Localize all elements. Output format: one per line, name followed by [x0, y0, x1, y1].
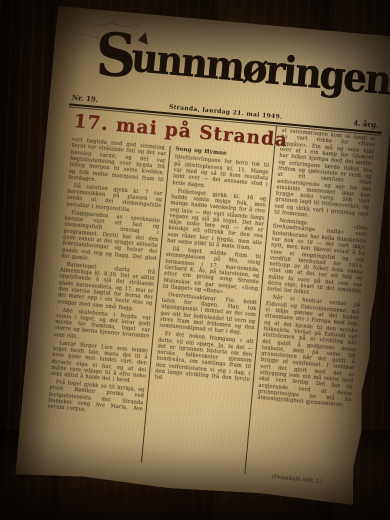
body-paragraph: Lærar Birger Lien som leidde toget heldt… [50, 340, 148, 386]
masthead-rest: unnmøringen [129, 33, 390, 104]
body-paragraph: Då toget nådde fram til stemneplassen på… [163, 246, 262, 299]
body-paragraph: Barnetoget starta frå Almenninga kl. 8.3… [57, 261, 156, 314]
body-paragraph: Folketoget gjekk kl. 16 og hadde samla m… [167, 188, 267, 253]
body-paragraph: Overrettssakførar Flo heldt talen for da… [159, 291, 257, 337]
continuation-note: (Framhald side 2.) [250, 472, 344, 486]
body-column-3: at sunnmøringen kom så langt at ho vart … [257, 128, 376, 412]
masthead-title: Sunnmøringen [94, 34, 359, 98]
photo-of-newspaper: Sunnmøringen Nr. 19. Stranda, laurdag 21… [0, 0, 390, 520]
issue-volume: 4. årg. [353, 118, 379, 129]
masthead-initial: S [96, 55, 134, 56]
newspaper-front-page: Sunnmøringen Nr. 19. Stranda, laurdag 21… [15, 6, 390, 505]
body-paragraph: vart høgtida med god stemning. Veret var… [68, 137, 167, 190]
body-paragraph: at sunnmøringen kom så langt at ho vart … [274, 128, 376, 225]
body-paragraph: Nemninga «Den firehundreårige natta» som… [267, 217, 367, 301]
body-paragraph: Når vi heidrar verket på Eidsvoll og Eid… [257, 294, 360, 409]
body-paragraph: Flaggparaden av spreknaste karane vart e… [61, 209, 160, 268]
body-paragraph: Frå toget gjekk so til kyrkja, og prost … [47, 379, 144, 419]
column2-paragraphs: Idrettstevlingane for born tok til på id… [154, 155, 269, 390]
body-paragraph: Er det nokon framgang i alt dette, vil e… [154, 331, 253, 390]
body-column-2: Song og Hymne Idrettstevlingane for born… [154, 146, 270, 391]
issue-number: Nr. 19. [71, 93, 98, 104]
